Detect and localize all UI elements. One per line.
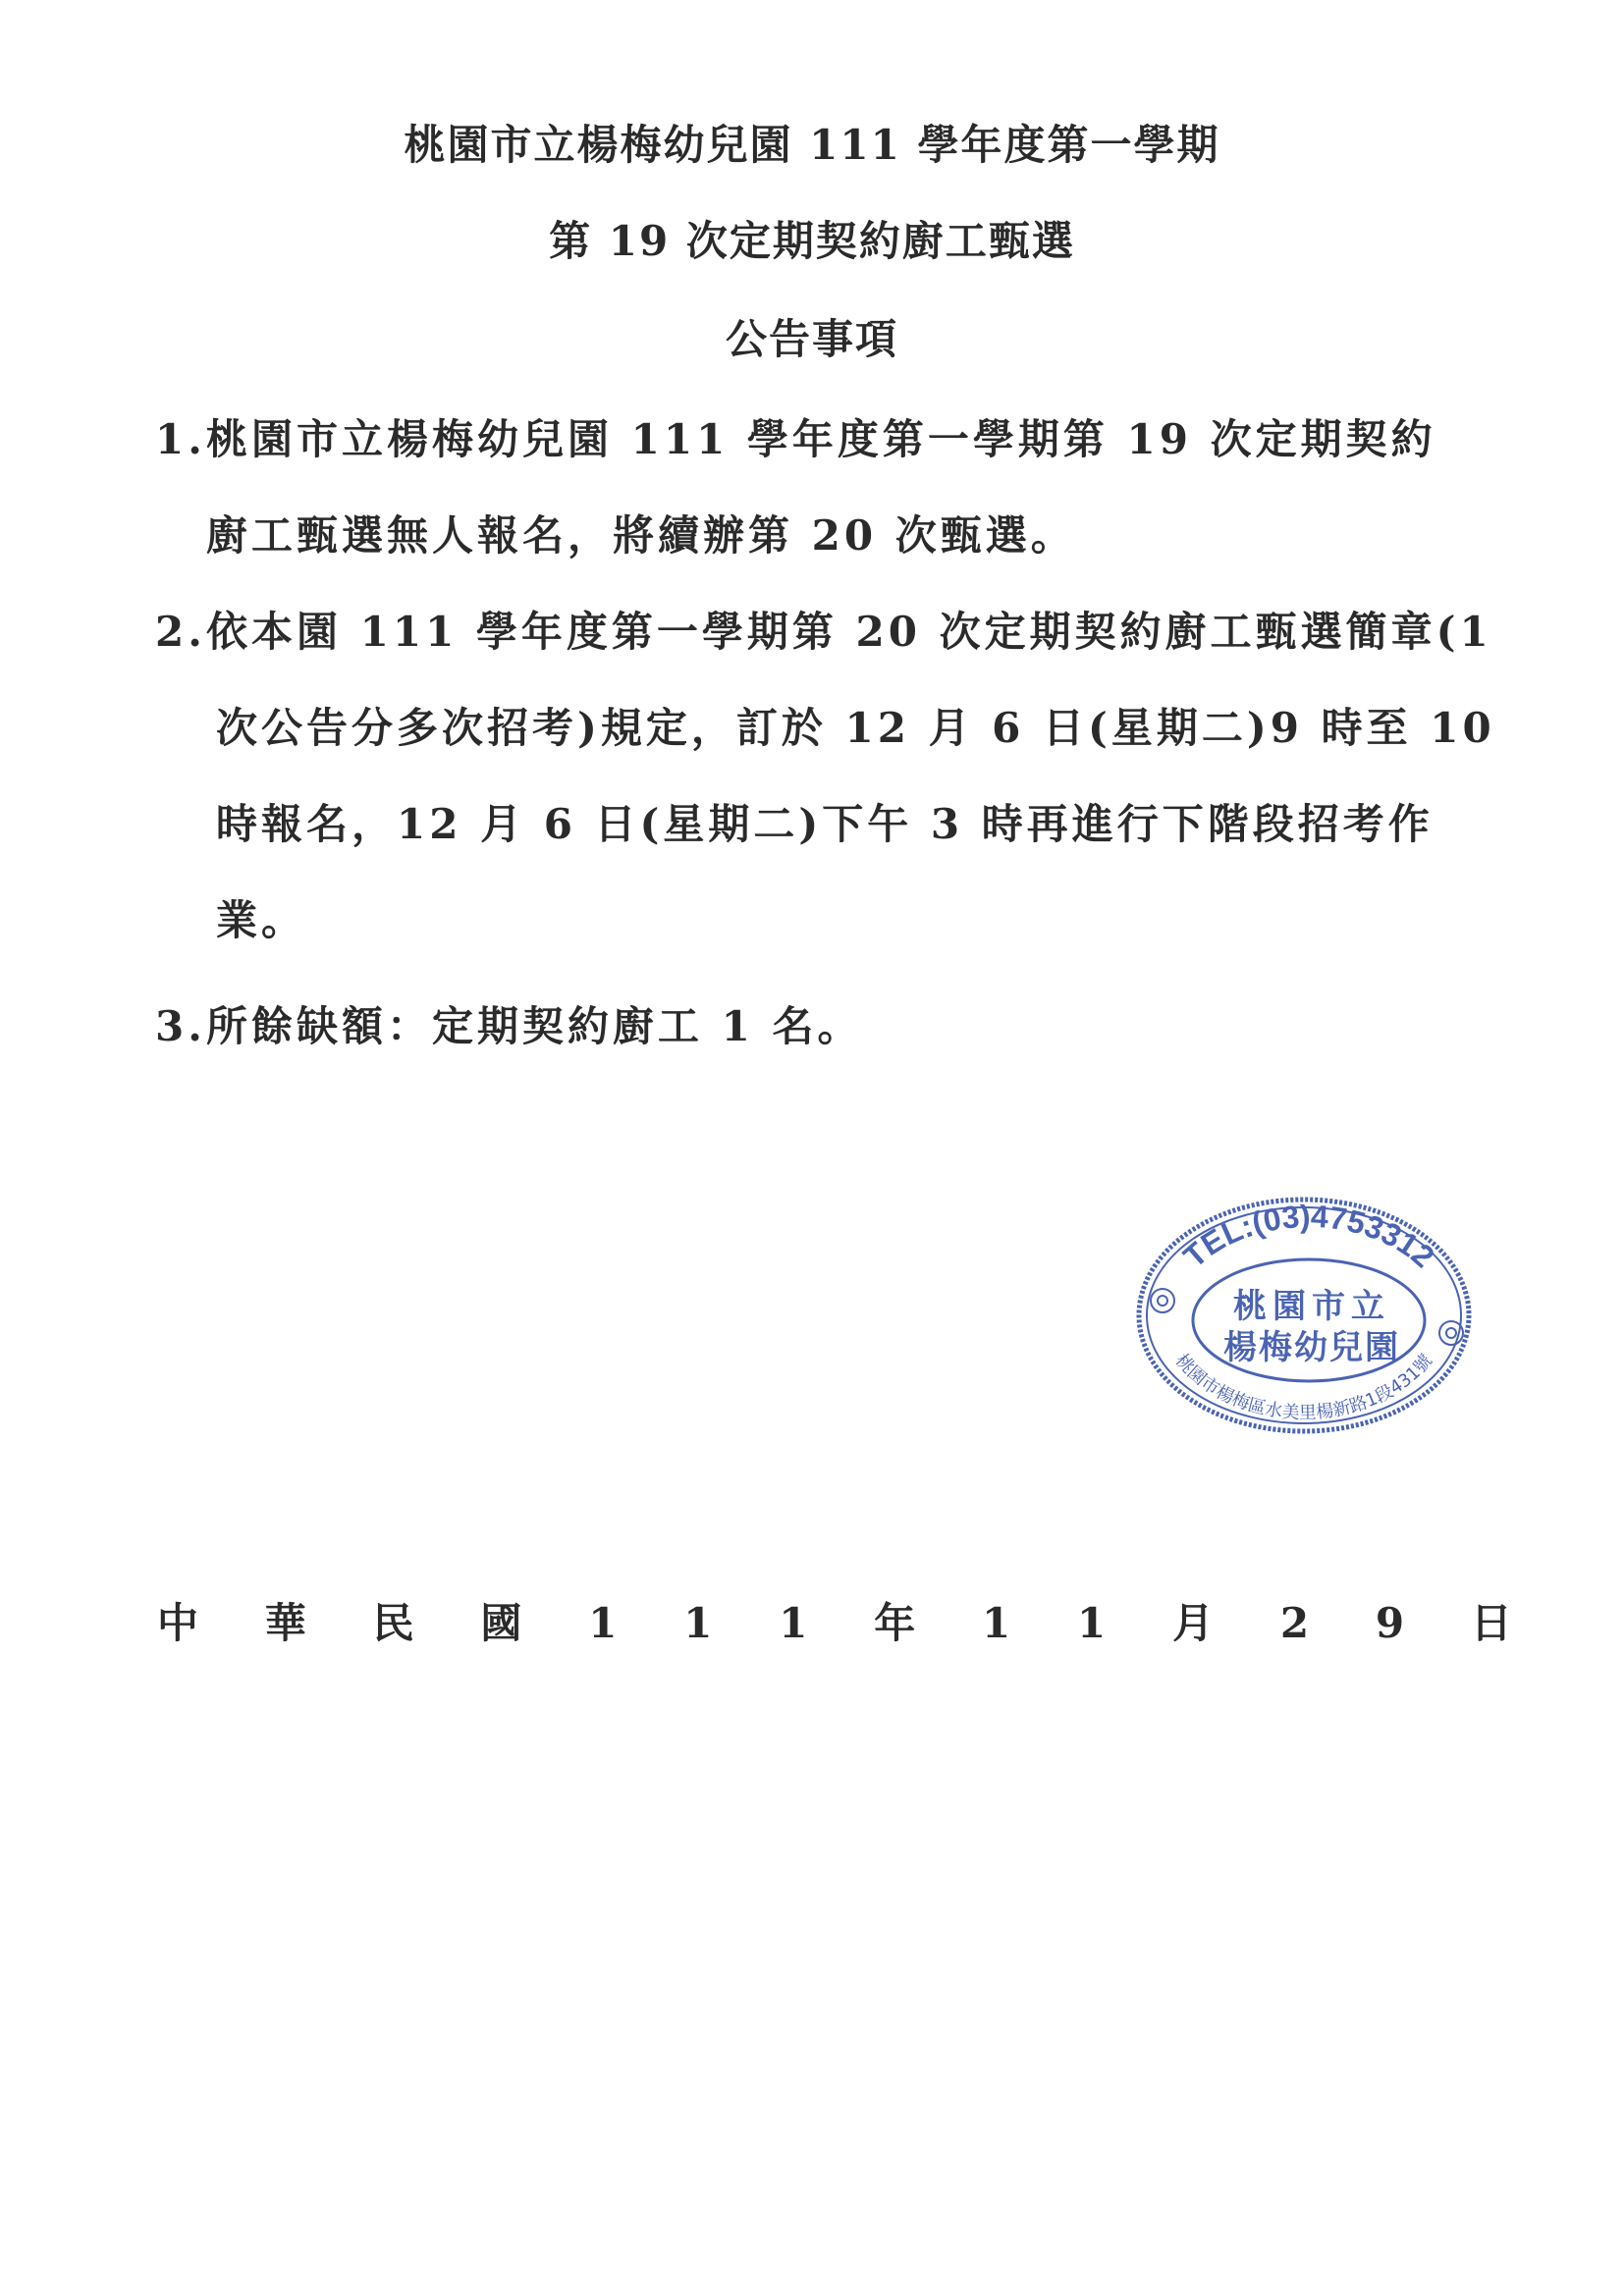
date-char: 民: [373, 1600, 414, 1647]
date-char: 1: [588, 1600, 617, 1647]
date-char: 9: [1376, 1600, 1404, 1647]
document-date: 中 華 民 國 1 1 1 年 1 1 月 2 9 日: [157, 1600, 1512, 1647]
item-text: 所餘缺額：定期契約廚工 1 名。: [206, 1002, 862, 1050]
date-char: 華: [265, 1600, 306, 1647]
item-1-line-2: 廚工甄選無人報名，將續辦第 20 次甄選。: [206, 512, 1076, 560]
item-1-line-1: 1.桃園市立楊梅幼兒園 111 學年度第一學期第 19 次定期契約: [155, 416, 1436, 463]
stamp-name-line-2: 楊梅幼兒園: [1223, 1328, 1400, 1367]
date-char: 1: [779, 1600, 807, 1647]
date-char: 1: [683, 1600, 712, 1647]
plum-blossom-icon: [1151, 1289, 1174, 1312]
document-title: 桃園市立楊梅幼兒園 111 學年度第一學期: [0, 122, 1624, 169]
item-number: 2.: [155, 609, 206, 656]
date-char: 月: [1172, 1600, 1214, 1647]
date-char: 1: [982, 1600, 1010, 1647]
document-subtitle: 第 19 次定期契約廚工甄選: [0, 218, 1624, 265]
item-2-line-2: 次公告分多次招考)規定，訂於 12 月 6 日(星期二)9 時至 10: [216, 705, 1495, 752]
item-number: 1.: [155, 416, 206, 463]
item-2-line-3: 時報名，12 月 6 日(星期二)下午 3 時再進行下階段招考作: [216, 801, 1434, 848]
stamp-tel: TEL:(03)4753312: [1176, 1199, 1440, 1274]
item-text: 依本園 111 學年度第一學期第 20 次定期契約廚工甄選簡章(1: [206, 608, 1492, 656]
date-char: 國: [480, 1600, 521, 1647]
date-char: 日: [1471, 1600, 1512, 1647]
item-text: 桃園市立楊梅幼兒園 111 學年度第一學期第 19 次定期契約: [206, 415, 1436, 463]
date-char: 2: [1280, 1600, 1309, 1647]
stamp-name-line-1: 桃園市立: [1233, 1287, 1390, 1326]
announcement-heading: 公告事項: [0, 316, 1624, 363]
date-char: 中: [157, 1600, 198, 1647]
date-char: 1: [1077, 1600, 1106, 1647]
item-3-line-1: 3.所餘缺額：定期契約廚工 1 名。: [155, 1003, 862, 1050]
item-2-line-4: 業。: [216, 897, 306, 944]
date-char: 年: [874, 1600, 915, 1647]
item-2-line-1: 2.依本園 111 學年度第一學期第 20 次定期契約廚工甄選簡章(1: [155, 609, 1492, 656]
item-number: 3.: [155, 1003, 206, 1050]
official-seal-stamp: TEL:(03)4753312 桃園市楊梅區水美里楊新路1段431號 桃園市立 …: [1127, 1188, 1481, 1443]
